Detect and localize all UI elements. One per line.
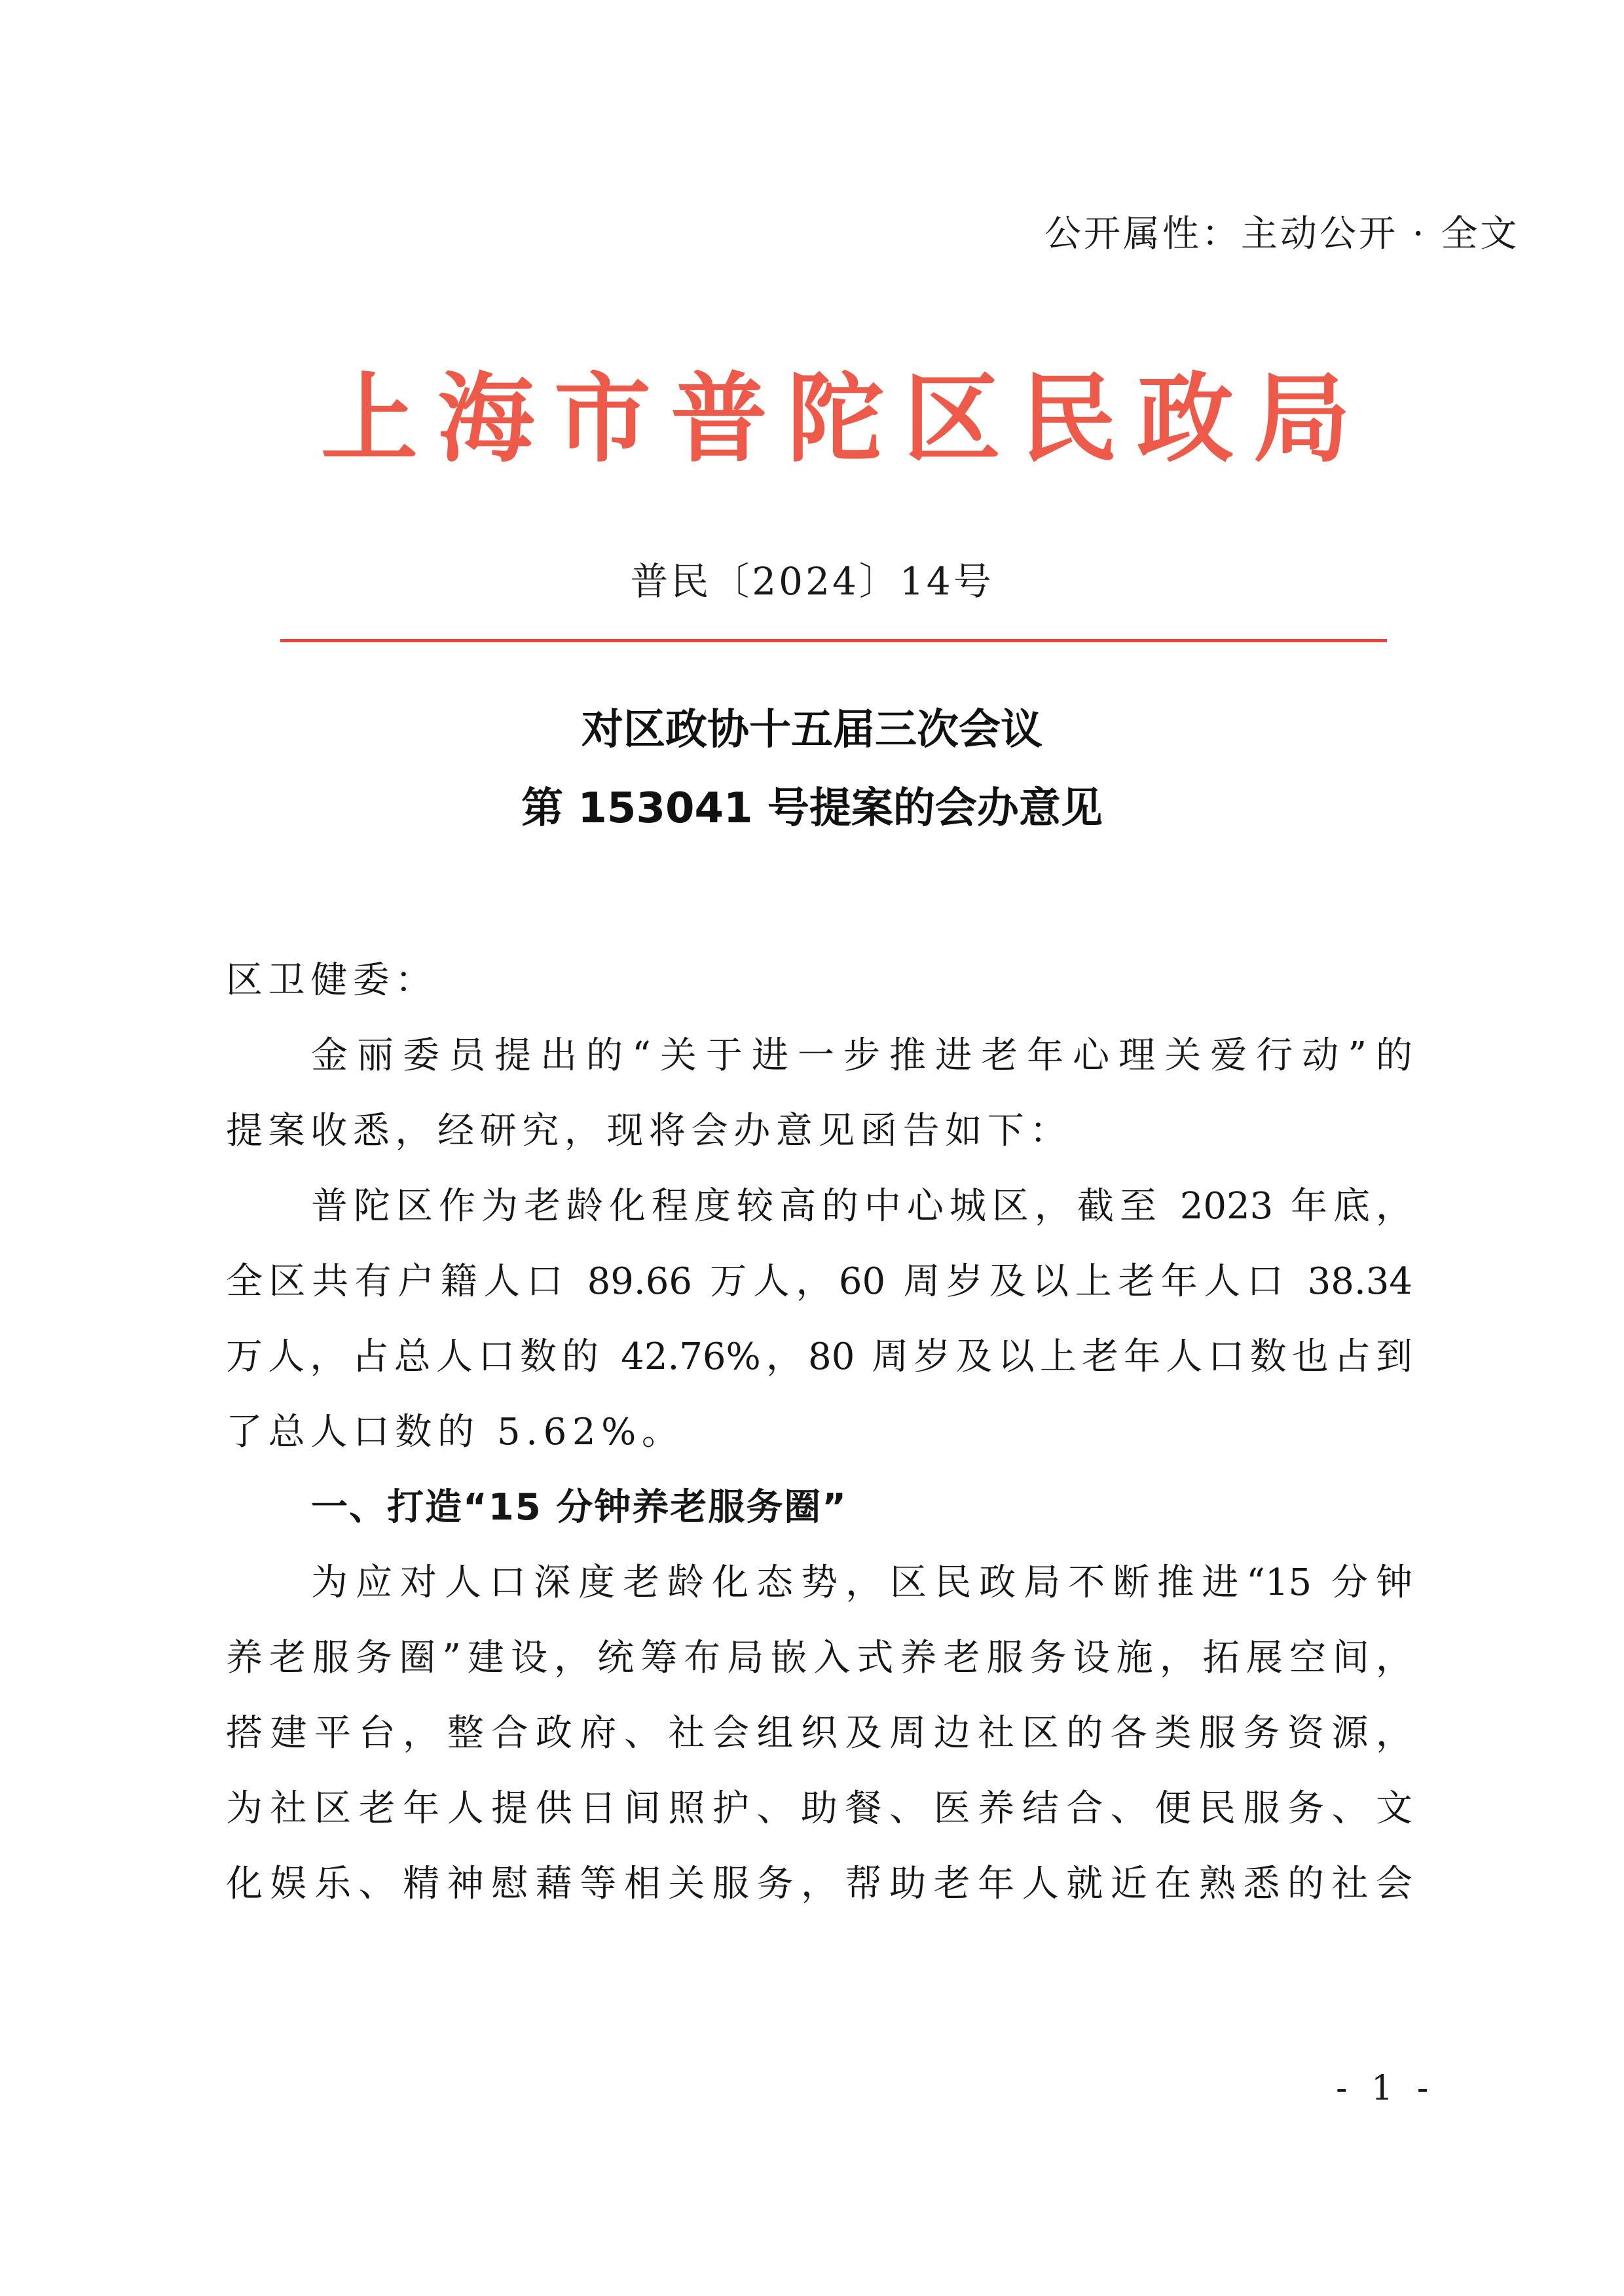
- salutation: 区卫健委：: [226, 943, 437, 1018]
- body-line: 搭建平台，整合政府、社会组织及周边社区的各类服务资源，: [226, 1696, 1412, 1771]
- body-line: 万人，占总人口数的 42.76%，80 周岁及以上老年人口数也占到: [226, 1319, 1412, 1394]
- document-number: 普民〔2024〕14号: [0, 555, 1624, 608]
- document-page: 公开属性：主动公开 · 全文 上海市普陀区民政局 普民〔2024〕14号 对区政…: [0, 0, 1624, 2296]
- body-line: 养老服务圈”建设，统筹布局嵌入式养老服务设施，拓展空间，: [226, 1620, 1412, 1696]
- subject-title-line-1: 对区政协十五届三次会议: [0, 701, 1624, 759]
- body-line: 普陀区作为老龄化程度较高的中心城区，截至 2023 年底，: [226, 1169, 1412, 1244]
- body-line: 化娱乐、精神慰藉等相关服务，帮助老年人就近在熟悉的社会: [226, 1846, 1412, 1922]
- agency-letterhead-title: 上海市普陀区民政局: [321, 363, 1316, 475]
- subject-title-line-2: 第 153041 号提案的会办意见: [0, 779, 1624, 838]
- red-separator-line: [280, 639, 1387, 642]
- page-number: - 1 -: [1336, 2066, 1441, 2111]
- body-line: 了总人口数的 5.62%。: [226, 1394, 684, 1470]
- body-line: 为应对人口深度老龄化态势，区民政局不断推进“15 分钟: [226, 1545, 1412, 1620]
- body-line: 金丽委员提出的“关于进一步推进老年心理关爱行动”的: [226, 1018, 1412, 1093]
- body-line: 提案收悉，经研究，现将会办意见函告如下：: [226, 1093, 1072, 1169]
- body-line: 全区共有户籍人口 89.66 万人，60 周岁及以上老年人口 38.34: [226, 1244, 1412, 1319]
- body-line: 为社区老年人提供日间照护、助餐、医养结合、便民服务、文: [226, 1771, 1412, 1846]
- section-heading: 一、打造“15 分钟养老服务圈”: [226, 1470, 1412, 1545]
- disclosure-attribute: 公开属性：主动公开 · 全文: [1044, 208, 1555, 261]
